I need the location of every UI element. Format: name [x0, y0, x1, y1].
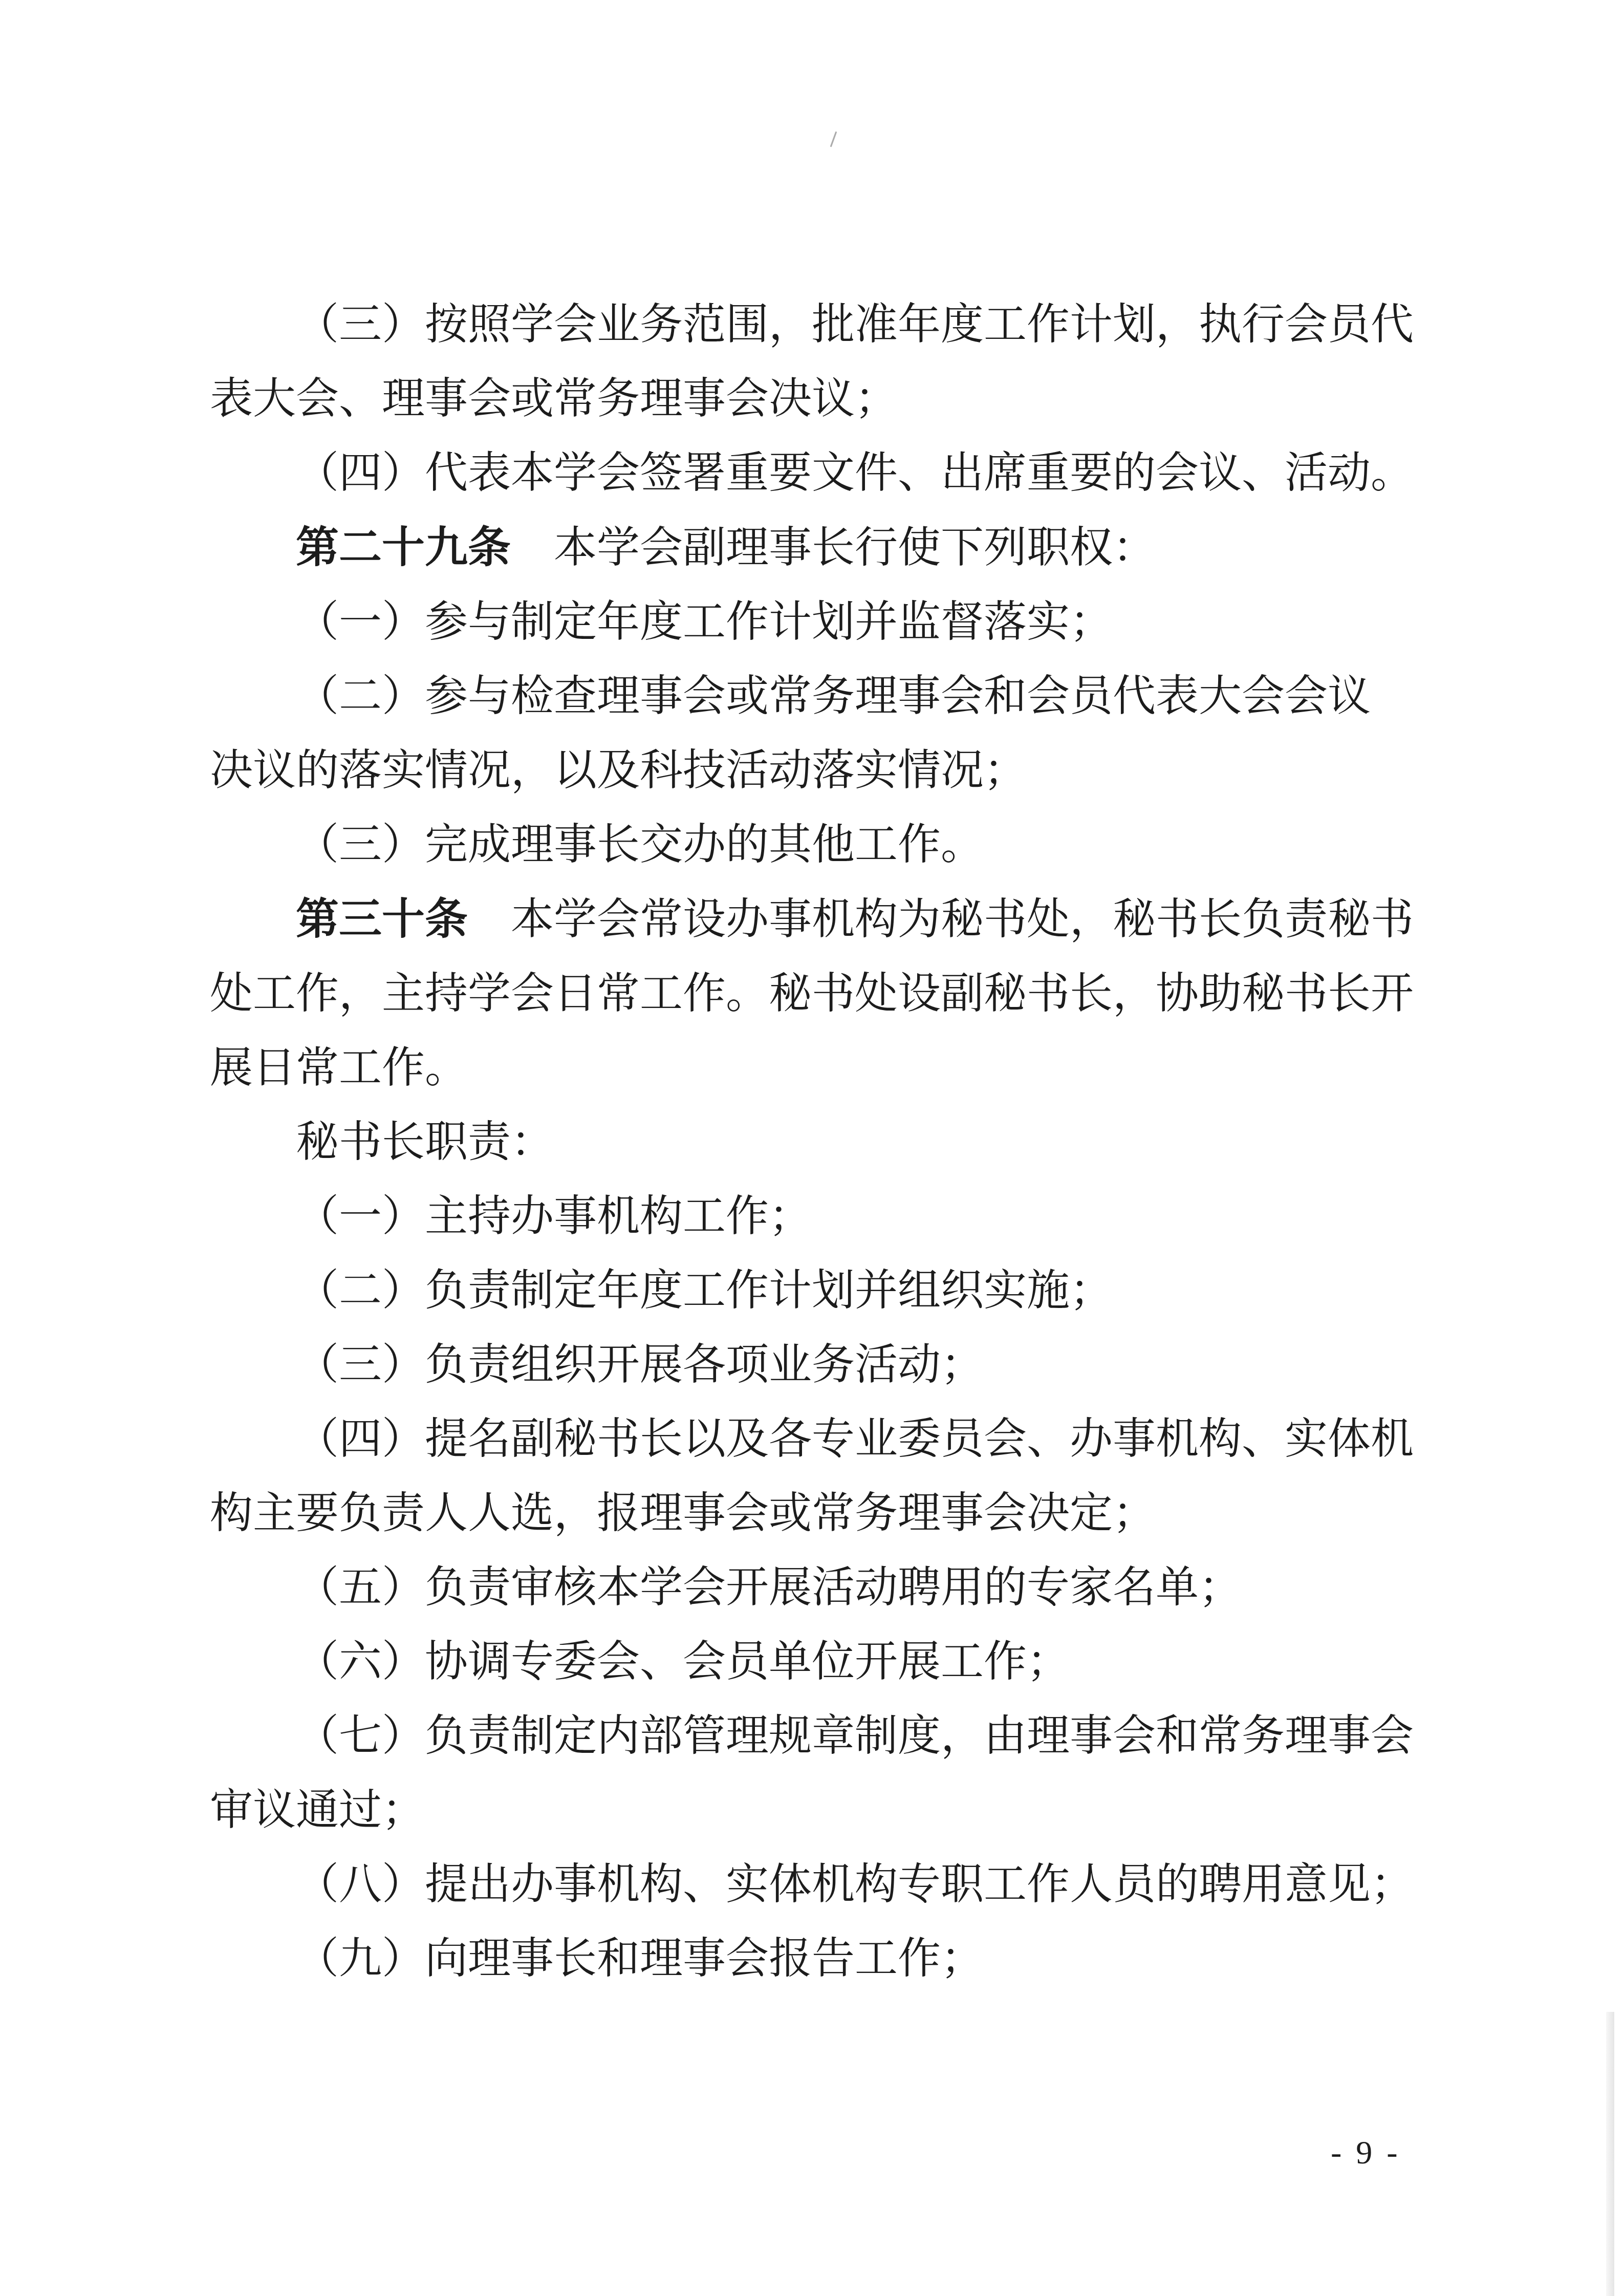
- text-line: （三）负责组织开展各项业务活动；: [210, 1328, 1448, 1402]
- scan-speck: [830, 131, 837, 147]
- text-line: （四）代表本学会签署重要文件、出席重要的会议、活动。: [210, 436, 1448, 510]
- text-line: （七）负责制定内部管理规章制度，由理事会和常务理事会: [210, 1699, 1448, 1773]
- text-segment: 处工作，主持学会日常工作。秘书处设副秘书长，协助秘书长开: [210, 970, 1414, 1018]
- article-number: 第三十条: [296, 895, 468, 943]
- text-segment: （六）协调专委会、会员单位开展工作；: [296, 1638, 1070, 1686]
- text-segment: （四）代表本学会签署重要文件、出席重要的会议、活动。: [296, 449, 1414, 497]
- text-line: （九）向理事长和理事会报告工作；: [210, 1922, 1448, 1996]
- document-page: （三）按照学会业务范围，批准年度工作计划，执行会员代表大会、理事会或常务理事会决…: [0, 0, 1624, 2296]
- text-line: 构主要负责人人选，报理事会或常务理事会决定；: [210, 1476, 1448, 1551]
- text-line: （八）提出办事机构、实体机构专职工作人员的聘用意见；: [210, 1848, 1448, 1922]
- text-line: （六）协调专委会、会员单位开展工作；: [210, 1625, 1448, 1699]
- text-segment: （五）负责审核本学会开展活动聘用的专家名单；: [296, 1564, 1242, 1612]
- text-segment: 决议的落实情况，以及科技活动落实情况；: [210, 747, 1027, 795]
- text-segment: 展日常工作。: [210, 1044, 468, 1092]
- text-segment: （三）按照学会业务范围，批准年度工作计划，执行会员代: [296, 301, 1414, 349]
- text-line: （二）负责制定年度工作计划并组织实施；: [210, 1254, 1448, 1328]
- scan-edge-shadow: [1606, 2012, 1614, 2296]
- text-segment: （三）负责组织开展各项业务活动；: [296, 1341, 984, 1389]
- text-segment: 本学会常设办事机构为秘书处，秘书长负责秘书: [468, 896, 1414, 943]
- text-line: 秘书长职责：: [210, 1105, 1448, 1179]
- text-segment: （三）完成理事长交办的其他工作。: [296, 821, 984, 869]
- text-line: （一）参与制定年度工作计划并监督落实；: [210, 585, 1448, 659]
- page-number: - 9 -: [1331, 2134, 1401, 2172]
- text-segment: （二）参与检查理事会或常务理事会和会员代表大会会议: [296, 673, 1371, 720]
- text-line: （三）完成理事长交办的其他工作。: [210, 808, 1448, 882]
- text-segment: 构主要负责人人选，报理事会或常务理事会决定；: [210, 1490, 1156, 1537]
- text-segment: 表大会、理事会或常务理事会决议；: [210, 375, 898, 423]
- text-segment: 本学会副理事长行使下列职权：: [511, 524, 1156, 572]
- text-segment: （七）负责制定内部管理规章制度，由理事会和常务理事会: [296, 1712, 1414, 1760]
- text-segment: （四）提名副秘书长以及各专业委员会、办事机构、实体机: [296, 1415, 1414, 1463]
- text-segment: （九）向理事长和理事会报告工作；: [296, 1935, 984, 1983]
- text-line: 第二十九条 本学会副理事长行使下列职权：: [210, 510, 1448, 585]
- text-line: 表大会、理事会或常务理事会决议；: [210, 362, 1448, 436]
- text-segment: （八）提出办事机构、实体机构专职工作人员的聘用意见；: [296, 1861, 1414, 1908]
- text-segment: 审议通过；: [210, 1787, 425, 1834]
- text-segment: （一）参与制定年度工作计划并监督落实；: [296, 598, 1113, 646]
- text-line: （一）主持办事机构工作；: [210, 1179, 1448, 1254]
- text-line: （三）按照学会业务范围，批准年度工作计划，执行会员代: [210, 288, 1448, 362]
- text-line: 审议通过；: [210, 1773, 1448, 1848]
- text-line: 展日常工作。: [210, 1031, 1448, 1105]
- text-line: （四）提名副秘书长以及各专业委员会、办事机构、实体机: [210, 1402, 1448, 1476]
- text-line: 决议的落实情况，以及科技活动落实情况；: [210, 734, 1448, 808]
- text-segment: 秘书长职责：: [296, 1119, 554, 1166]
- text-line: 处工作，主持学会日常工作。秘书处设副秘书长，协助秘书长开: [210, 957, 1448, 1031]
- article-number: 第二十九条: [296, 523, 511, 571]
- text-segment: （二）负责制定年度工作计划并组织实施；: [296, 1267, 1113, 1315]
- text-line: （五）负责审核本学会开展活动聘用的专家名单；: [210, 1551, 1448, 1625]
- text-segment: （一）主持办事机构工作；: [296, 1193, 812, 1240]
- document-body-text: （三）按照学会业务范围，批准年度工作计划，执行会员代表大会、理事会或常务理事会决…: [210, 288, 1448, 1996]
- text-line: （二）参与检查理事会或常务理事会和会员代表大会会议: [210, 659, 1448, 734]
- text-line: 第三十条 本学会常设办事机构为秘书处，秘书长负责秘书: [210, 882, 1448, 957]
